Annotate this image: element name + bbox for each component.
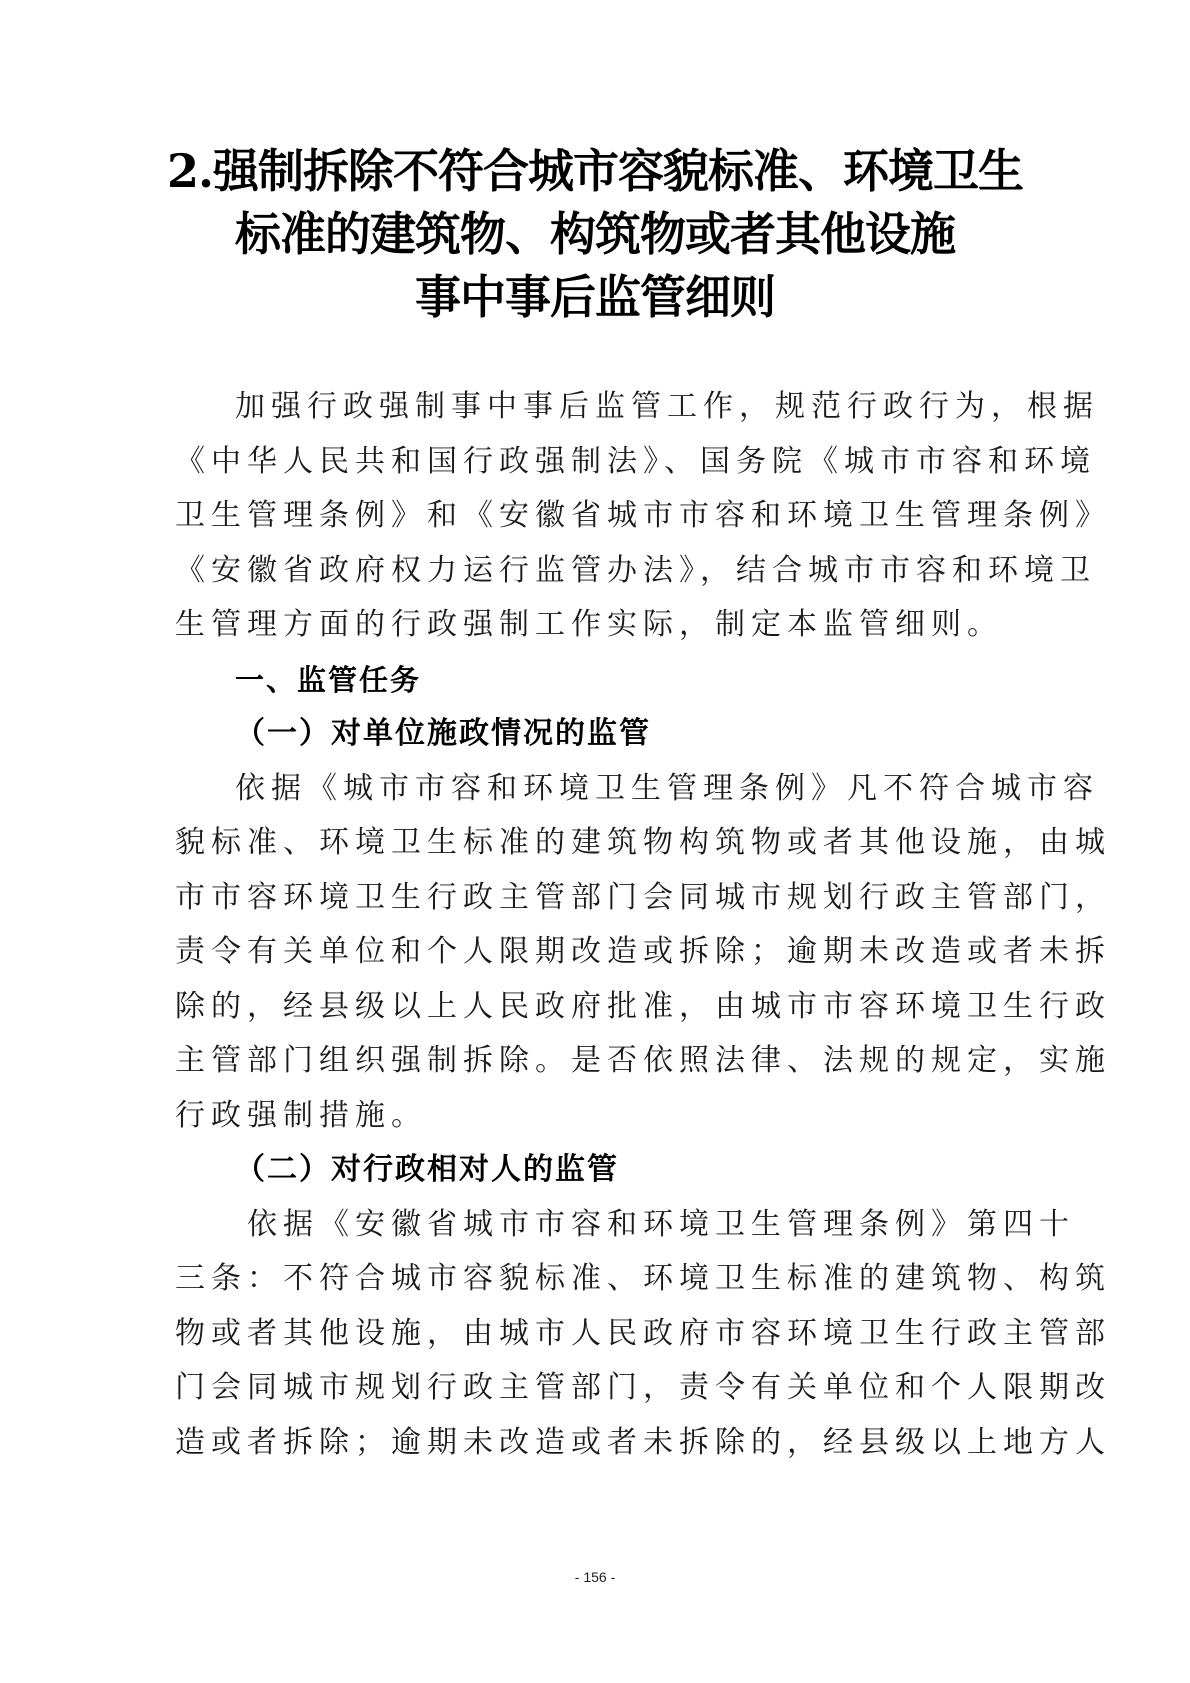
text-line: 卫生管理条例》和《安徽省城市市容和环境卫生管理条例》: [175, 489, 975, 544]
title-line-3: 事中事后监管细则: [150, 266, 1040, 329]
text-line: 《安徽省政府权力运行监管办法》，结合城市市容和环境卫: [175, 544, 975, 599]
title-line-1: 2.强制拆除不符合城市容貌标准、环境卫生: [150, 140, 1040, 203]
text-line: 三条：不符合城市容貌标准、环境卫生标准的建筑物、构筑: [175, 1252, 975, 1307]
text-line: 造或者拆除；逾期未改造或者未拆除的，经县级以上地方人: [175, 1416, 975, 1471]
text-line: 责令有关单位和个人限期改造或拆除；逾期未改造或者未拆: [175, 925, 975, 980]
text-line: 市市容环境卫生行政主管部门会同城市规划行政主管部门，: [175, 871, 975, 926]
intro-paragraph: 加强行政强制事中事后监管工作，规范行政行为，根据 《中华人民共和国行政强制法》、…: [175, 380, 975, 653]
text-line: 除的，经县级以上人民政府批准，由城市市容环境卫生行政: [175, 980, 975, 1035]
text-line: 依据《安徽省城市市容和环境卫生管理条例》第四十: [175, 1198, 975, 1253]
subsection-heading-unit-supervision: （一）对单位施政情况的监管: [175, 707, 975, 762]
text-line: 依据《城市市容和环境卫生管理条例》凡不符合城市容: [175, 762, 975, 817]
text-line: 貌标准、环境卫生标准的建筑物构筑物或者其他设施，由城: [175, 816, 975, 871]
subsection-2-paragraph: 依据《安徽省城市市容和环境卫生管理条例》第四十 三条：不符合城市容貌标准、环境卫…: [175, 1198, 975, 1471]
title-line-2: 标准的建筑物、构筑物或者其他设施: [150, 203, 1040, 266]
text-line: 主管部门组织强制拆除。是否依照法律、法规的规定，实施: [175, 1034, 975, 1089]
page-number: - 156 -: [0, 1569, 1190, 1585]
subsection-1-paragraph: 依据《城市市容和环境卫生管理条例》凡不符合城市容 貌标准、环境卫生标准的建筑物构…: [175, 762, 975, 1144]
text-line: 行政强制措施。: [175, 1089, 975, 1144]
text-line: 生管理方面的行政强制工作实际，制定本监管细则。: [175, 598, 975, 653]
text-line: 门会同城市规划行政主管部门，责令有关单位和个人限期改: [175, 1361, 975, 1416]
text-line: 物或者其他设施，由城市人民政府市容环境卫生行政主管部: [175, 1307, 975, 1362]
subsection-heading-counterparty-supervision: （二）对行政相对人的监管: [175, 1143, 975, 1198]
section-heading-supervision-tasks: 一、监管任务: [175, 653, 975, 708]
document-title: 2.强制拆除不符合城市容貌标准、环境卫生 标准的建筑物、构筑物或者其他设施 事中…: [150, 140, 1040, 329]
text-line: 加强行政强制事中事后监管工作，规范行政行为，根据: [175, 380, 975, 435]
document-page: 2.强制拆除不符合城市容貌标准、环境卫生 标准的建筑物、构筑物或者其他设施 事中…: [0, 0, 1190, 1683]
document-body: 加强行政强制事中事后监管工作，规范行政行为，根据 《中华人民共和国行政强制法》、…: [175, 380, 975, 1470]
text-line: 《中华人民共和国行政强制法》、国务院《城市市容和环境: [175, 435, 975, 490]
